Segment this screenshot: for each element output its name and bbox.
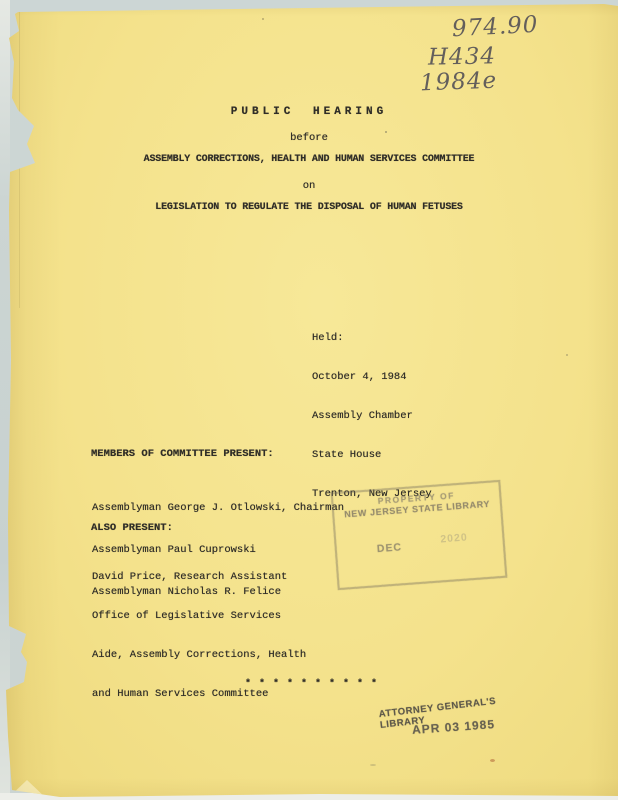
members-present-heading: MEMBERS OF COMMITTEE PRESENT: [91, 449, 274, 460]
scanned-document-page: 974.90 H434 1984e PUBLIC HEARING before … [0, 0, 618, 800]
session-venue: Assembly Chamber [312, 410, 432, 423]
session-held-label: Held: [312, 332, 432, 345]
session-building: State House [312, 449, 432, 462]
state-library-stamp-year: 2020 [440, 531, 468, 545]
paper-speck [566, 354, 568, 356]
also-present-line: Office of Legislative Services [92, 610, 306, 623]
handwritten-call-number-line3: 1984e [420, 68, 498, 97]
paper-crease [19, 8, 20, 308]
handwritten-call-number-line2: H434 [428, 43, 496, 70]
paper-speck [262, 18, 264, 20]
paper-speck [370, 764, 376, 766]
also-present-line: David Price, Research Assistant [92, 571, 306, 584]
state-library-stamp-month: DEC [376, 541, 402, 555]
also-present-heading: ALSO PRESENT: [91, 523, 173, 534]
hearing-title: PUBLIC HEARING [0, 107, 618, 118]
also-present-line: Aide, Assembly Corrections, Health [92, 649, 306, 662]
paper-stain [490, 759, 495, 762]
state-library-stamp: PROPERTY OF NEW JERSEY STATE LIBRARY DEC… [331, 480, 508, 590]
cover-page-paper: 974.90 H434 1984e PUBLIC HEARING before … [0, 0, 618, 800]
scanner-background-left [0, 0, 10, 800]
title-preposition-on: on [0, 181, 618, 192]
hearing-subject: LEGISLATION TO REGULATE THE DISPOSAL OF … [0, 203, 618, 213]
session-date: October 4, 1984 [312, 371, 432, 384]
committee-name: ASSEMBLY CORRECTIONS, HEALTH AND HUMAN S… [0, 155, 618, 165]
asterisk-separator: * * * * * * * * * * [245, 680, 378, 690]
title-preposition-before: before [0, 133, 618, 144]
handwritten-call-number-line1: 974.90 [451, 12, 539, 42]
also-present-list: David Price, Research Assistant Office o… [92, 545, 306, 727]
member-name: Assemblyman George J. Otlowski, Chairman [92, 501, 344, 515]
